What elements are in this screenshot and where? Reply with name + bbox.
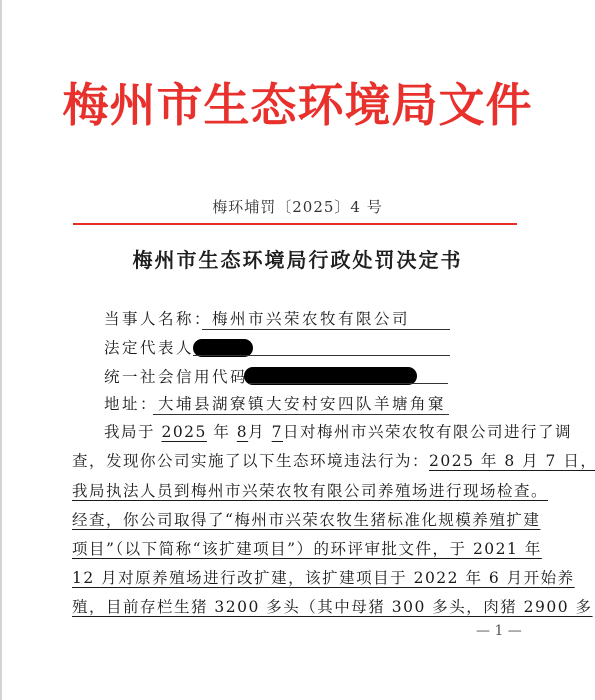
address-value: 大埔县湖寮镇大安村安四队羊塘角窠 bbox=[158, 393, 446, 415]
party-value: 梅州市兴荣农牧有限公司 bbox=[212, 308, 410, 330]
document-masthead: 梅州市生态环境局文件 bbox=[0, 70, 595, 140]
body-line-3: 我局执法人员到梅州市兴荣农牧有限公司养殖场进行现场检查。 bbox=[72, 480, 548, 502]
red-divider-line bbox=[73, 223, 517, 225]
document-title: 梅州市生态环境局行政处罚决定书 bbox=[0, 244, 595, 273]
page-number: — 1 — bbox=[476, 623, 522, 639]
address-underline bbox=[153, 414, 449, 415]
field-address: 地址：大埔县湖寮镇大安村安四队羊塘角窠 bbox=[104, 393, 446, 415]
address-label: 地址： bbox=[104, 395, 158, 413]
violation-date: 2025 年 8 月 7 日， bbox=[429, 452, 595, 470]
text: 查，发现你公司实施了以下生态环境违法行为： bbox=[72, 452, 429, 470]
text: 日对梅州市兴荣农牧有限公司进行了调 bbox=[283, 423, 572, 441]
body-line-1: 我局于 2025 年 8月 7日对梅州市兴荣农牧有限公司进行了调 bbox=[104, 421, 572, 443]
date-month: 8 bbox=[237, 423, 248, 441]
body-line-7: 殖，目前存栏生猪 3200 多头（其中母猪 300 多头，肉猪 2900 多 bbox=[72, 596, 593, 618]
credit-code-label: 统一社会信用代码： bbox=[104, 368, 266, 386]
text: 月 bbox=[248, 423, 265, 441]
field-party-name: 当事人名称：梅州市兴荣农牧有限公司 bbox=[104, 308, 410, 330]
document-number: 梅环埔罚〔2025〕4 号 bbox=[0, 196, 595, 217]
credit-code-underline bbox=[248, 383, 448, 384]
body-line-6: 12 月对原养殖场进行改扩建，该扩建项目于 2022 年 6 月开始养 bbox=[72, 567, 575, 589]
party-label: 当事人名称： bbox=[104, 310, 212, 328]
body-line-5: 项目”（以下简称“该扩建项目”）的环评审批文件，于 2021 年 bbox=[72, 538, 542, 560]
party-underline bbox=[202, 329, 450, 330]
text: 我局于 bbox=[104, 423, 155, 441]
field-credit-code: 统一社会信用代码： bbox=[104, 366, 266, 388]
text: 年 bbox=[213, 423, 230, 441]
legal-rep-underline bbox=[193, 355, 450, 356]
body-line-4: 经查，你公司取得了“梅州市兴荣农牧生猪标准化规模养殖扩建 bbox=[72, 509, 540, 531]
date-year: 2025 bbox=[161, 423, 206, 441]
body-line-2: 查，发现你公司实施了以下生态环境违法行为：2025 年 8 月 7 日， bbox=[72, 450, 595, 472]
date-day: 7 bbox=[272, 423, 283, 441]
